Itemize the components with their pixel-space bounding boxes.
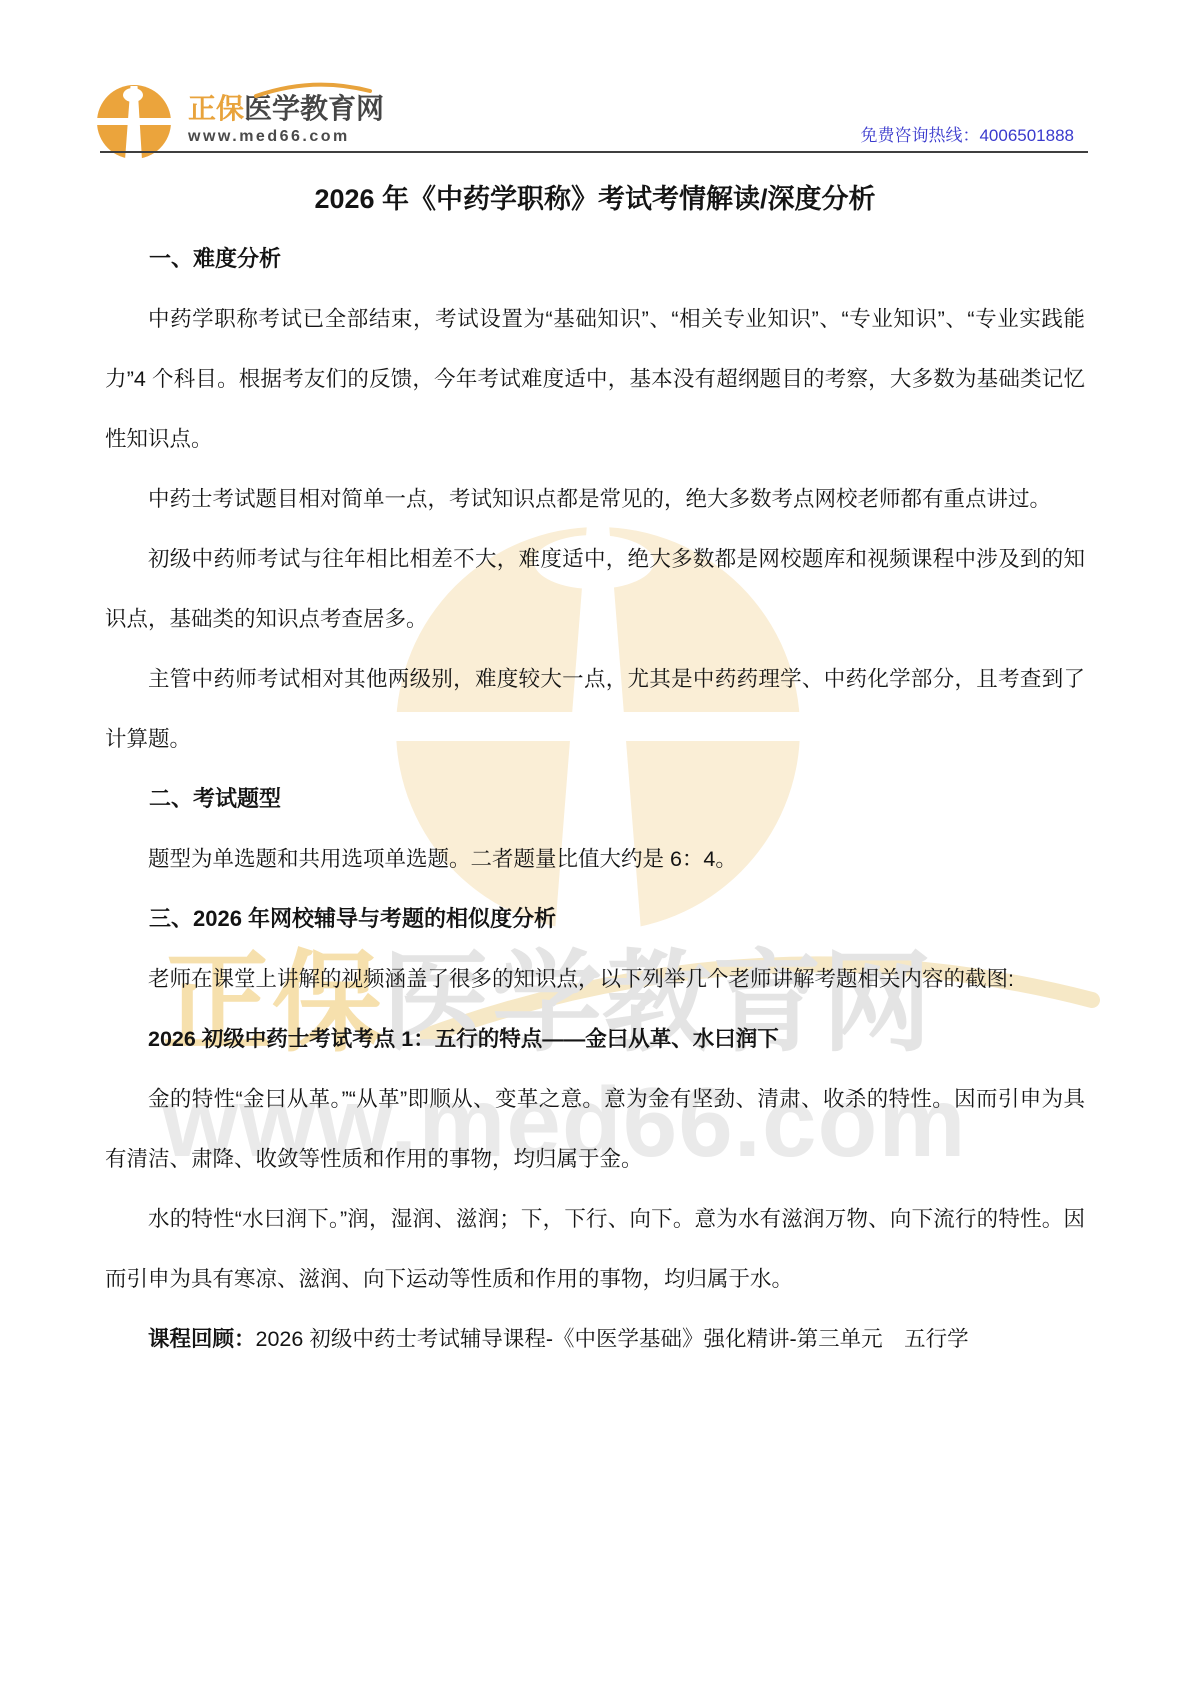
paragraph-exam-overview: 中药学职称考试已全部结束，考试设置为“基础知识”、“相关专业知识”、“专业知识”…: [105, 289, 1085, 469]
brand-swoosh-icon: [254, 82, 372, 98]
zhengbao-logo-icon: [96, 84, 172, 160]
paragraph-course-review: 课程回顾：2026 初级中药士考试辅导课程-《中医学基础》强化精讲-第三单元 五…: [105, 1309, 1085, 1369]
paragraph-water: 水的特性“水曰润下。”润，湿润、滋润；下，下行、向下。意为水有滋润万物、向下流行…: [105, 1189, 1085, 1309]
paragraph-metal: 金的特性“金曰从革。”“从革”即顺从、变革之意。意为金有坚劲、清肃、收杀的特性。…: [105, 1069, 1085, 1189]
subheading-kaodian-1: 2026 初级中药士考试考点 1：五行的特点——金曰从革、水曰润下: [105, 1009, 1085, 1069]
paragraph-zhongyaoshi: 中药士考试题目相对简单一点，考试知识点都是常见的，绝大多数考点网校老师都有重点讲…: [105, 469, 1085, 529]
paragraph-zhuguan: 主管中药师考试相对其他两级别，难度较大一点，尤其是中药药理学、中药化学部分，且考…: [105, 649, 1085, 769]
course-review-label: 课程回顾：: [148, 1327, 256, 1351]
header-divider: [100, 151, 1088, 153]
document-body: 2026 年《中药学职称》考试考情解读/深度分析 一、难度分析 中药学职称考试已…: [105, 163, 1085, 1369]
paragraph-question-types: 题型为单选题和共用选项单选题。二者题量比值大约是 6：4。: [105, 829, 1085, 889]
course-review-text: 2026 初级中药士考试辅导课程-《中医学基础》强化精讲-第三单元 五行学: [256, 1327, 969, 1351]
page-title: 2026 年《中药学职称》考试考情解读/深度分析: [105, 175, 1085, 223]
paragraph-chuji: 初级中药师考试与往年相比相差不大，难度适中，绝大多数都是网校题库和视频课程中涉及…: [105, 529, 1085, 649]
brand-name-gold: 正保: [188, 93, 244, 124]
brand-block: 正保医学教育网 www.med66.com: [188, 84, 384, 148]
paragraph-similarity-intro: 老师在课堂上讲解的视频涵盖了很多的知识点，以下列举几个老师讲解考题相关内容的截图…: [105, 949, 1085, 1009]
section-heading-difficulty: 一、难度分析: [105, 229, 1085, 289]
section-heading-question-types: 二、考试题型: [105, 769, 1085, 829]
section-heading-similarity: 三、2026 年网校辅导与考题的相似度分析: [105, 889, 1085, 949]
hotline-text: 免费咨询热线：4006501888: [860, 121, 1074, 146]
document-page: 正保医学教育网 www.med66.com 正保医学教育网 www.med66.…: [0, 0, 1190, 1683]
brand-url: www.med66.com: [188, 126, 384, 148]
